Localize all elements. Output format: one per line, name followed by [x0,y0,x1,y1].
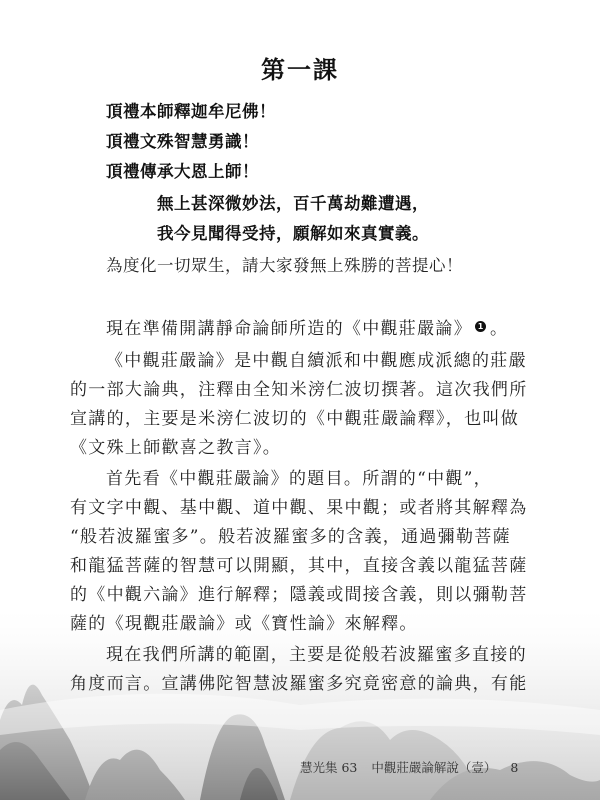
series-name: 慧光集 63 [300,760,357,775]
book-title: 中觀莊嚴論解說（壹） [371,760,496,775]
homage-line: 頂禮文殊智慧勇識！ [106,128,259,152]
paragraph-line: 現在準備開講靜命論師所造的《中觀莊嚴論》1。 [106,314,508,339]
page-footer: 慧光集 63 中觀莊嚴論解說（壹） 8 [300,758,528,776]
paragraph-text: 現在準備開講靜命論師所造的《中觀莊嚴論》 [106,319,472,339]
paragraph-line: 角度而言。宣講佛陀智慧波羅蜜多究竟密意的論典，有能 [70,669,528,694]
homage-line: 頂禮本師釋迦牟尼佛！ [106,98,276,122]
homage-line: 頂禮傳承大恩上師！ [106,158,259,182]
paragraph-line: 的一部大論典，注釋由全知米滂仁波切撰著。這次我們所 [70,375,528,400]
paragraph-line: 宣講的，主要是米滂仁波切的《中觀莊嚴論釋》，也叫做 [70,404,519,429]
page-content: 第一課 頂禮本師釋迦牟尼佛！ 頂禮文殊智慧勇識！ 頂禮傳承大恩上師！ 無上甚深微… [0,0,600,800]
punctuation: 。 [490,319,508,339]
paragraph-line: 薩的《現觀莊嚴論》或《寶性論》來解釋。 [70,609,418,634]
paragraph-line: 和龍猛菩薩的智慧可以開顯，其中，直接含義以龍猛菩薩 [70,551,528,576]
lesson-title: 第一課 [0,50,600,85]
paragraph-line: 首先看《中觀莊嚴論》的題目。所謂的“中觀”， [106,464,492,489]
page-number: 8 [510,760,518,775]
paragraph-line: 有文字中觀、基中觀、道中觀、果中觀；或者將其解釋為 [70,493,528,518]
paragraph-line: 的《中觀六論》進行解釋；隱義或間接含義，則以彌勒菩 [70,580,528,605]
verse-line: 我今見聞得受持，願解如來真實義。 [157,220,429,244]
paragraph-line: 《中觀莊嚴論》是中觀自續派和中觀應成派總的莊嚴 [106,346,527,371]
verse-line: 無上甚深微妙法，百千萬劫難遭遇， [157,190,429,214]
footnote-marker-icon[interactable]: 1 [475,321,486,332]
paragraph-line: 《文殊上師歡喜之教言》。 [70,433,281,458]
paragraph-line: 現在我們所講的範圍，主要是從般若波羅蜜多直接的 [106,640,527,665]
bodhicitta-line: 為度化一切眾生，請大家發無上殊勝的菩提心！ [106,252,463,276]
paragraph-line: “般若波羅蜜多”。般若波羅蜜多的含義，通過彌勒菩薩 [70,522,511,547]
book-page: 第一課 頂禮本師釋迦牟尼佛！ 頂禮文殊智慧勇識！ 頂禮傳承大恩上師！ 無上甚深微… [0,0,600,800]
